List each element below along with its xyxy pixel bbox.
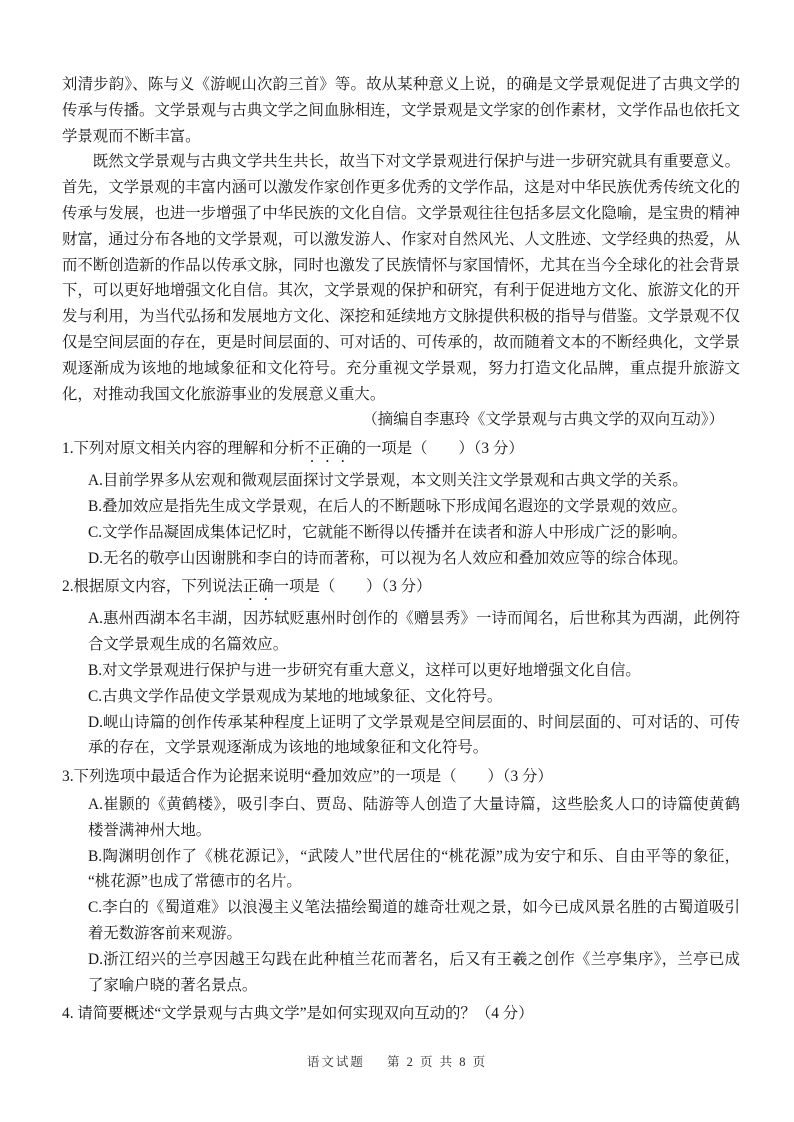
passage-paragraphs: 刘清步韵》、陈与义《游岘山次韵三首》等。故从某种意义上说，的确是文学景观促进了古… xyxy=(62,72,740,407)
question-option: B.叠加效应是指先生成文学景观，在后人的不断题咏下形成闻名遐迩的文学景观的效应。 xyxy=(62,494,740,520)
footer-page-number: 第 2 页 共 8 页 xyxy=(387,1055,487,1069)
question-option: C.文学作品凝固成集体记忆时，它就能不断得以传播并在读者和游人中形成广泛的影响。 xyxy=(62,520,740,546)
question-option: A.目前学界多从宏观和微观层面探讨文学景观，本文则关注文学景观和古典文学的关系。 xyxy=(62,468,740,494)
reading-passage: 刘清步韵》、陈与义《游岘山次韵三首》等。故从某种意义上说，的确是文学景观促进了古… xyxy=(62,72,740,433)
emphasis-text: 正确 xyxy=(243,578,274,595)
question-block-4: 4. 请简要概述“文学景观与古典文学”是如何实现双向互动的？（4 分） xyxy=(62,1001,740,1027)
question-list: 1.下列对原文相关内容的理解和分析不正确的一项是（ ）（3 分）A.目前学界多从… xyxy=(62,436,740,1027)
passage-paragraph-2: 既然文学景观与古典文学共生共长，故当下对文学景观进行保护与进一步研究就具有重要意… xyxy=(62,149,740,407)
question-option: C.古典文学作品使文学景观成为某地的地域象征、文化符号。 xyxy=(62,684,740,710)
question-option: C.李白的《蜀道难》以浪漫主义笔法描绘蜀道的雄奇壮观之景，如今已成风景名胜的古蜀… xyxy=(62,895,740,947)
question-option: D.无名的敬亭山因谢朓和李白的诗而著称，可以视为名人效应和叠加效应等的综合体现。 xyxy=(62,546,740,572)
question-option: D.岘山诗篇的创作传承某种程度上证明了文学景观是空间层面的、时间层面的、可对话的… xyxy=(62,710,740,762)
question-option: B.陶渊明创作了《桃花源记》，“武陵人”世代居住的“桃花源”成为安宁和乐、自由平… xyxy=(62,844,740,896)
question-stem: 4. 请简要概述“文学景观与古典文学”是如何实现双向互动的？（4 分） xyxy=(62,1001,740,1027)
question-block-1: 1.下列对原文相关内容的理解和分析不正确的一项是（ ）（3 分）A.目前学界多从… xyxy=(62,436,740,571)
question-option: A.崔颢的《黄鹤楼》，吸引李白、贾岛、陆游等人创造了大量诗篇，这些脍炙人口的诗篇… xyxy=(62,792,740,844)
passage-paragraph-1: 刘清步韵》、陈与义《游岘山次韵三首》等。故从某种意义上说，的确是文学景观促进了古… xyxy=(62,72,740,149)
question-block-3: 3.下列选项中最适合作为论据来说明“叠加效应”的一项是（ ）（3 分）A.崔颢的… xyxy=(62,764,740,998)
question-block-2: 2.根据原文内容，下列说法正确一项是（ ）（3 分）A.惠州西湖本名丰湖，因苏轼… xyxy=(62,574,740,761)
question-stem: 1.下列对原文相关内容的理解和分析不正确的一项是（ ）（3 分） xyxy=(62,436,740,466)
question-option: A.惠州西湖本名丰湖，因苏轼贬惠州时创作的《赠昙秀》一诗而闻名，后世称其为西湖，… xyxy=(62,606,740,658)
question-option: D.浙江绍兴的兰亭因越王勾践在此种植兰花而著名，后又有王羲之创作《兰亭集序》，兰… xyxy=(62,947,740,999)
passage-citation: （摘编自李惠玲《文学景观与古典文学的双向互动》） xyxy=(62,407,740,433)
question-option: B.对文学景观进行保护与进一步研究有重大意义，这样可以更好地增强文化自信。 xyxy=(62,658,740,684)
page-footer: 语文试题第 2 页 共 8 页 xyxy=(0,1052,794,1070)
emphasis-text: 不正确 xyxy=(304,440,350,457)
footer-subject-label: 语文试题 xyxy=(307,1055,365,1069)
question-stem: 3.下列选项中最适合作为论据来说明“叠加效应”的一项是（ ）（3 分） xyxy=(62,764,740,790)
page-content: 刘清步韵》、陈与义《游岘山次韵三首》等。故从某种意义上说，的确是文学景观促进了古… xyxy=(62,72,740,1029)
exam-page: 刘清步韵》、陈与义《游岘山次韵三首》等。故从某种意义上说，的确是文学景观促进了古… xyxy=(0,0,794,1122)
question-stem: 2.根据原文内容，下列说法正确一项是（ ）（3 分） xyxy=(62,574,740,604)
